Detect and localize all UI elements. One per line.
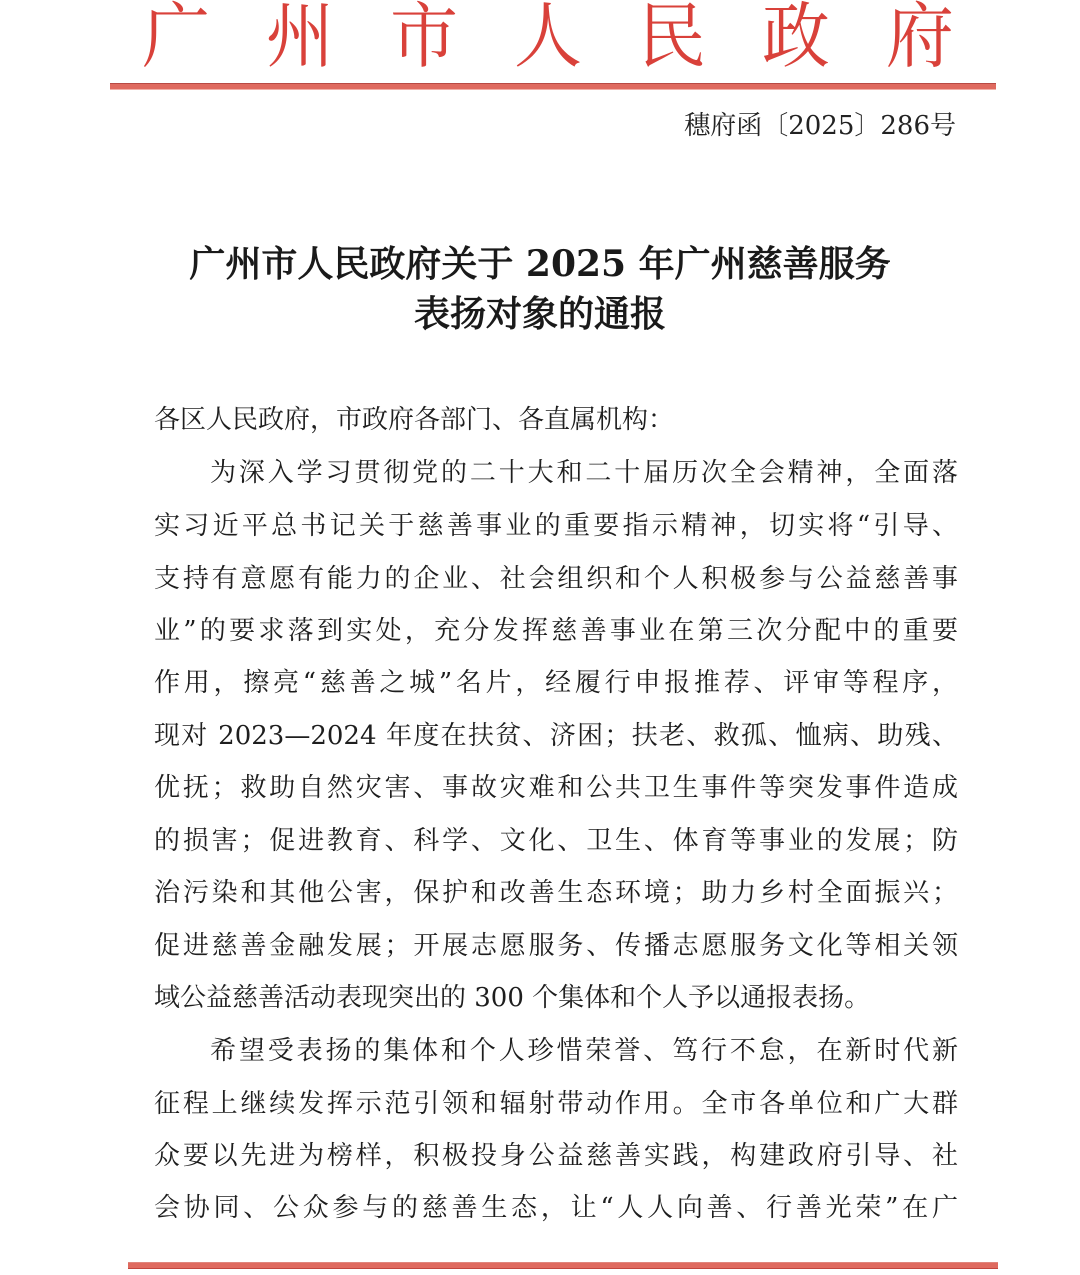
masthead-char: 府 bbox=[886, 0, 954, 78]
masthead-char: 政 bbox=[762, 0, 830, 78]
body-line: 会协同、公众参与的慈善生态，让“人人向善、行善光荣”在广 bbox=[154, 1182, 958, 1234]
masthead-char: 民 bbox=[638, 0, 706, 78]
body-line: 促进慈善金融发展；开展志愿服务、传播志愿服务文化等相关领 bbox=[154, 920, 958, 972]
masthead-char: 州 bbox=[266, 0, 334, 78]
masthead-char: 市 bbox=[390, 0, 458, 78]
document-title-line-1: 广州市人民政府关于 2025 年广州慈善服务 bbox=[0, 240, 1080, 288]
body-line: 为深入学习贯彻党的二十大和二十届历次全会精神，全面落 bbox=[210, 447, 958, 499]
masthead-char: 广 bbox=[142, 0, 210, 78]
body-line: 希望受表扬的集体和个人珍惜荣誉、笃行不怠，在新时代新 bbox=[210, 1025, 958, 1077]
body-line: 实习近平总书记关于慈善事业的重要指示精神，切实将“引导、 bbox=[154, 500, 958, 552]
addressee: 各区人民政府，市政府各部门、各直属机构： bbox=[154, 395, 674, 445]
body-line: 域公益慈善活动表现突出的 300 个集体和个人予以通报表扬。 bbox=[154, 972, 958, 1024]
body-line: 众要以先进为榜样，积极投身公益慈善实践，构建政府引导、社 bbox=[154, 1130, 958, 1182]
body-line: 优抚；救助自然灾害、事故灾难和公共卫生事件等突发事件造成 bbox=[154, 762, 958, 814]
body-line: 作用，擦亮“慈善之城”名片，经履行申报推荐、评审等程序， bbox=[154, 657, 958, 709]
masthead: 广 州 市 人 民 政 府 bbox=[110, 0, 990, 76]
masthead-red-rule bbox=[110, 83, 996, 90]
body-line: 业”的要求落到实处，充分发挥慈善事业在第三次分配中的重要 bbox=[154, 605, 958, 657]
masthead-char: 人 bbox=[514, 0, 582, 78]
footer-red-rule bbox=[128, 1262, 998, 1269]
document-number: 穗府函〔2025〕286号 bbox=[684, 108, 956, 144]
body-line: 征程上继续发挥示范引领和辐射带动作用。全市各单位和广大群 bbox=[154, 1078, 958, 1130]
body-line: 支持有意愿有能力的企业、社会组织和个人积极参与公益慈善事 bbox=[154, 553, 958, 605]
body-line: 治污染和其他公害，保护和改善生态环境；助力乡村全面振兴； bbox=[154, 867, 958, 919]
document-title-line-2: 表扬对象的通报 bbox=[0, 290, 1080, 338]
body-line: 现对 2023—2024 年度在扶贫、济困；扶老、救孤、恤病、助残、 bbox=[154, 710, 958, 762]
body-line: 的损害；促进教育、科学、文化、卫生、体育等事业的发展；防 bbox=[154, 815, 958, 867]
